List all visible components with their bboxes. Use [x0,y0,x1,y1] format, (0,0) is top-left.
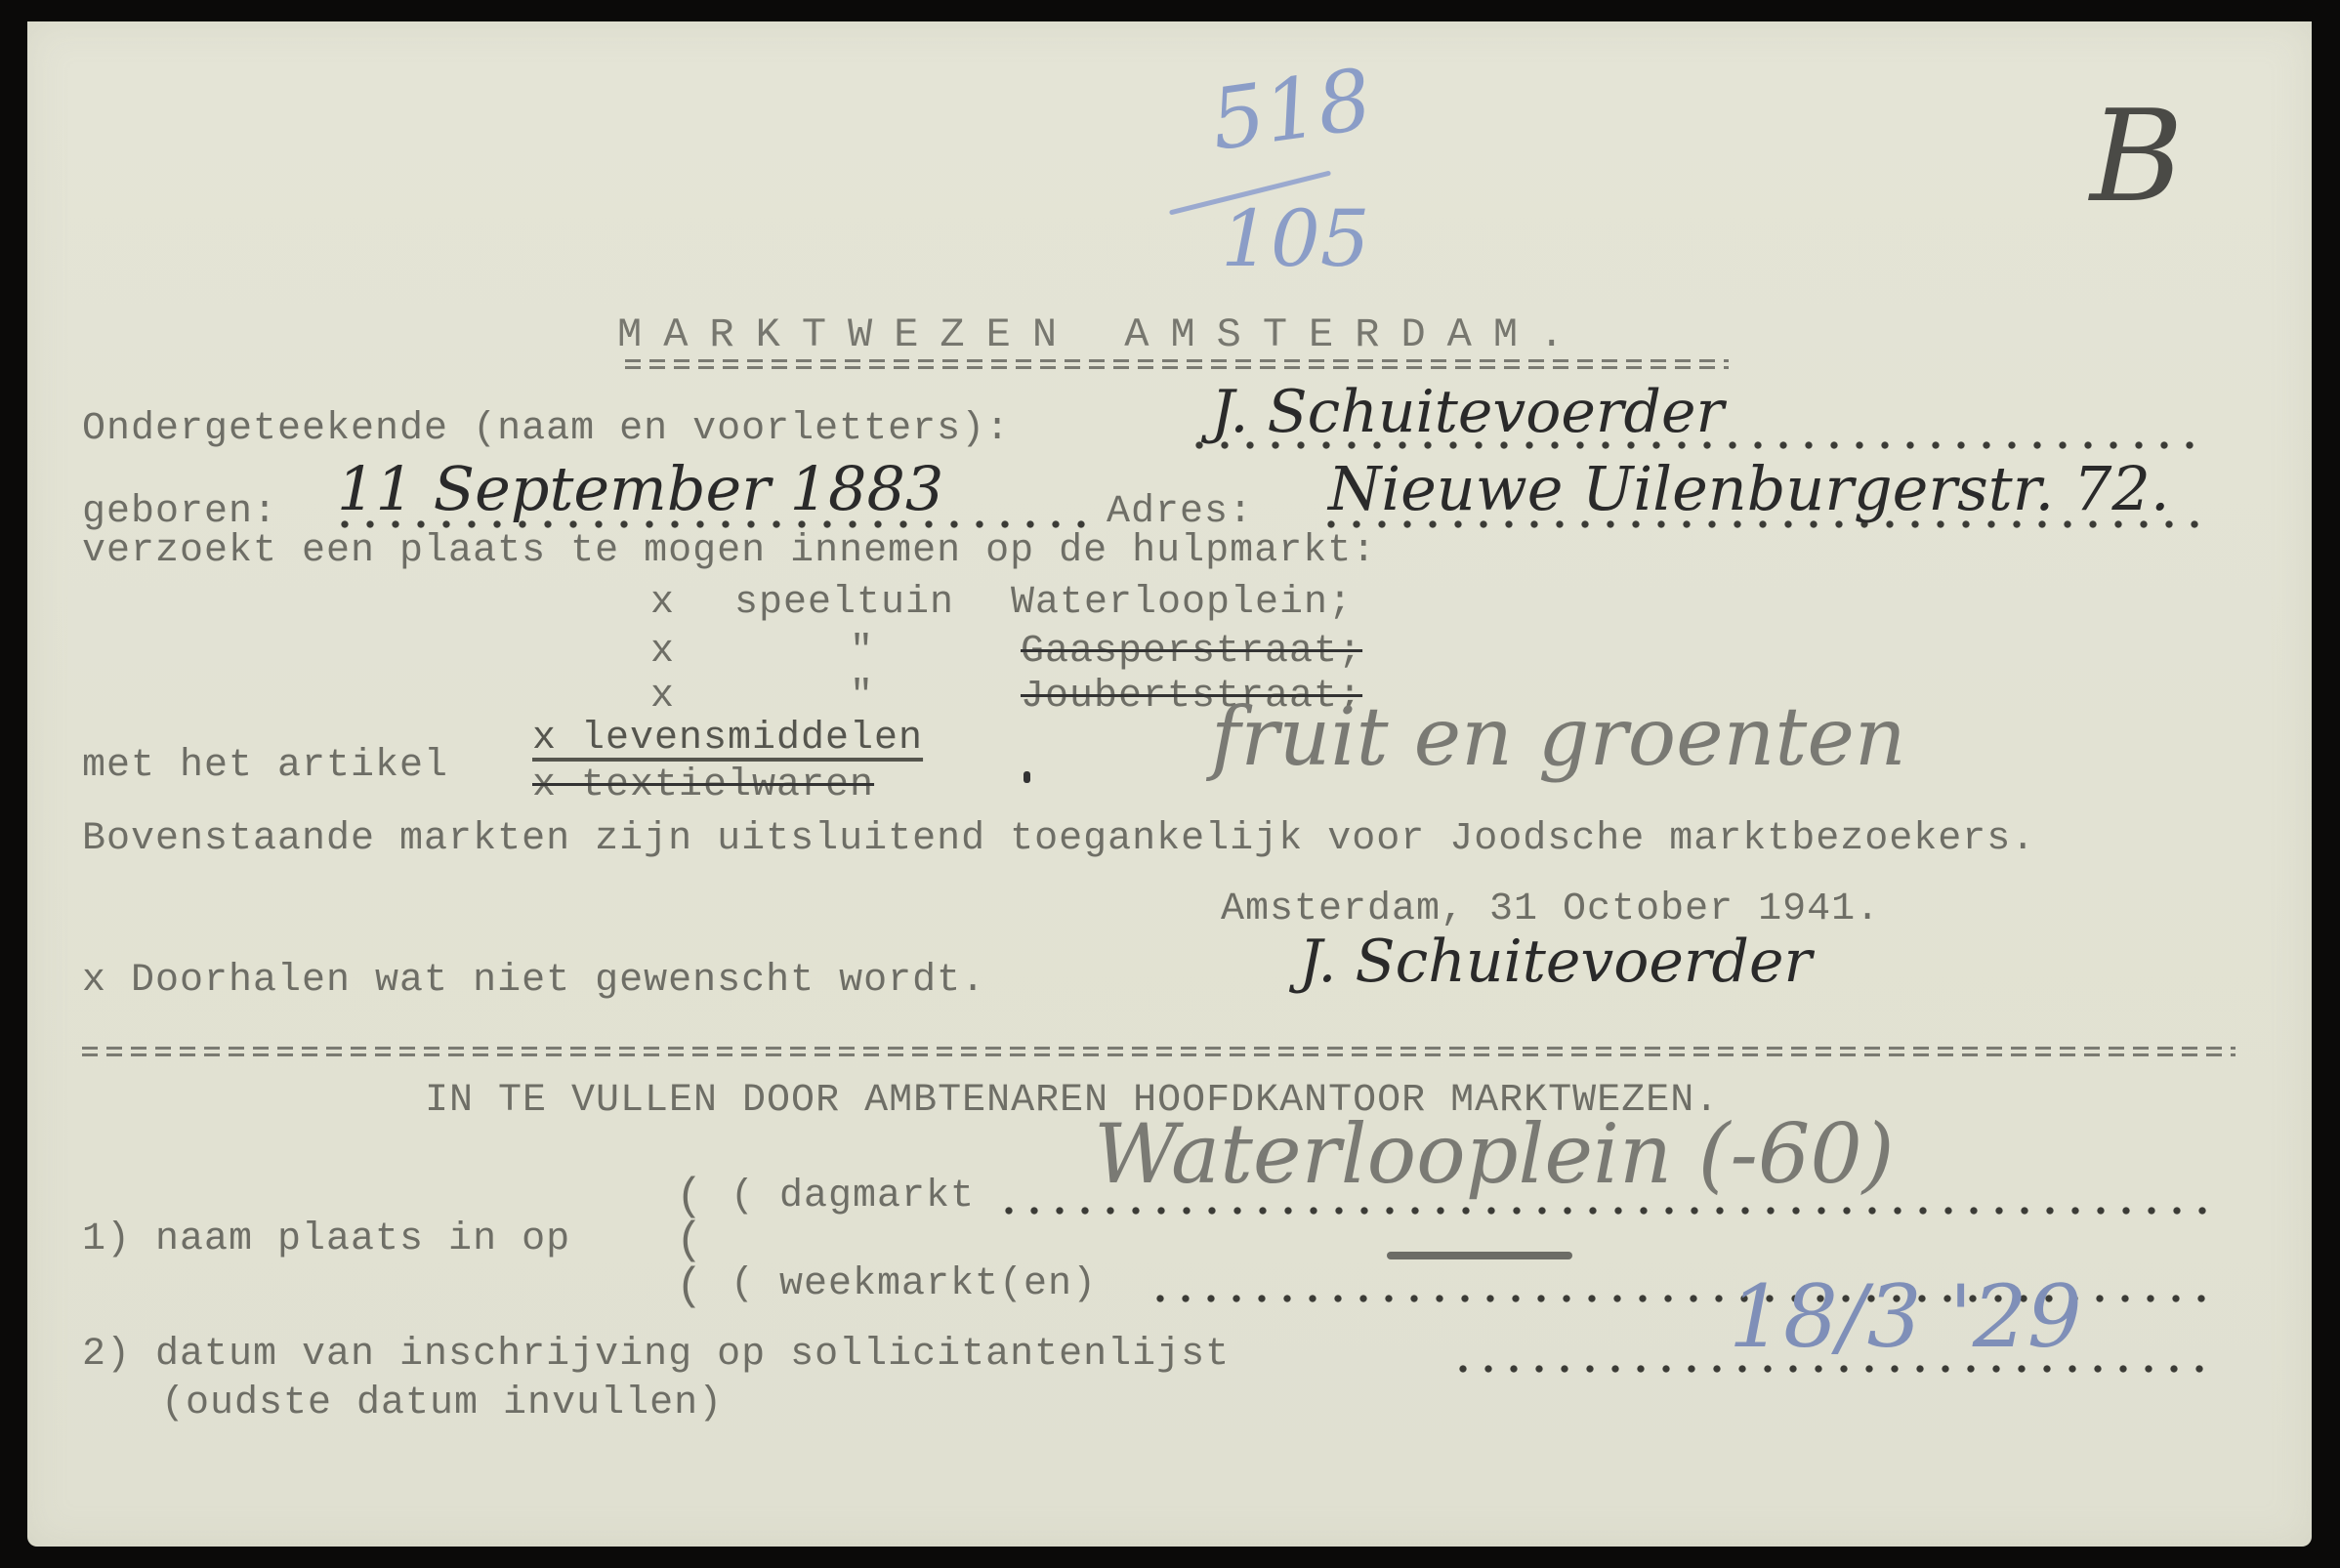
archive-number-top: 518 [1206,58,1377,163]
article-label: met het artikel [82,747,448,786]
address-value[interactable]: Nieuwe Uilenburgerstr. 72. [1328,459,2170,519]
market-marker[interactable]: x [650,633,675,672]
daymarket-dotted-line [996,1207,2207,1215]
name-value[interactable]: J. Schuitevoerder [1211,383,1724,441]
item2-label: 2) datum van inschrijving op sollicitant… [82,1336,1230,1375]
market-waterlooplein[interactable]: Waterlooplein; [1011,584,1353,623]
item2-sub: (oudste datum invullen) [161,1384,723,1424]
market-marker[interactable]: x [650,584,675,623]
item2-value[interactable]: 18/3 '29 [1729,1274,2082,1360]
daymarket-value[interactable]: Waterlooplein (-60) [1094,1113,1895,1195]
market-prefix: speeltuin [734,584,954,623]
born-value[interactable]: 11 September 1883 [337,459,943,519]
article-food[interactable]: x levensmiddelen [532,720,923,759]
market-marker[interactable]: x [650,678,675,717]
footnote: x Doorhalen wat niet gewenscht wordt. [82,962,985,1001]
section-separator [82,1047,2236,1056]
market-prefix: " [850,678,874,717]
brace-middle: ( [676,1216,703,1266]
daymarket-label: ( dagmarkt [731,1177,975,1217]
article-period [1024,771,1030,783]
article-handwritten[interactable]: fruit en groenten [1211,698,1906,778]
address-label: Adres: [1107,493,1253,532]
request-text: verzoekt een plaats te mogen innemen op … [82,532,1376,571]
born-label: geboren: [82,493,277,532]
weekmarket-label: ( weekmarkt(en) [731,1265,1097,1304]
brace-bottom: ( [676,1261,703,1312]
market-gaasperstraat[interactable]: Gaasperstraat; [1021,633,1362,672]
market-prefix: " [850,633,874,672]
form-title: MARKTWEZEN AMSTERDAM. [617,314,1585,355]
archive-number-bottom: 105 [1221,200,1370,278]
title-underline [625,359,1729,369]
notice-text: Bovenstaande markten zijn uitsluitend to… [82,820,2035,859]
weekmarket-dash [1387,1252,1572,1259]
place-date: Amsterdam, 31 October 1941. [1221,890,1880,929]
item1-label: 1) naam plaats in op [82,1220,570,1259]
signature[interactable]: J. Schuitevoerder [1299,932,1812,991]
name-label: Ondergeteekende (naam en voorletters): [82,410,1010,449]
article-textiles[interactable]: x textielwaren [532,766,874,805]
corner-mark: B [2090,93,2184,220]
